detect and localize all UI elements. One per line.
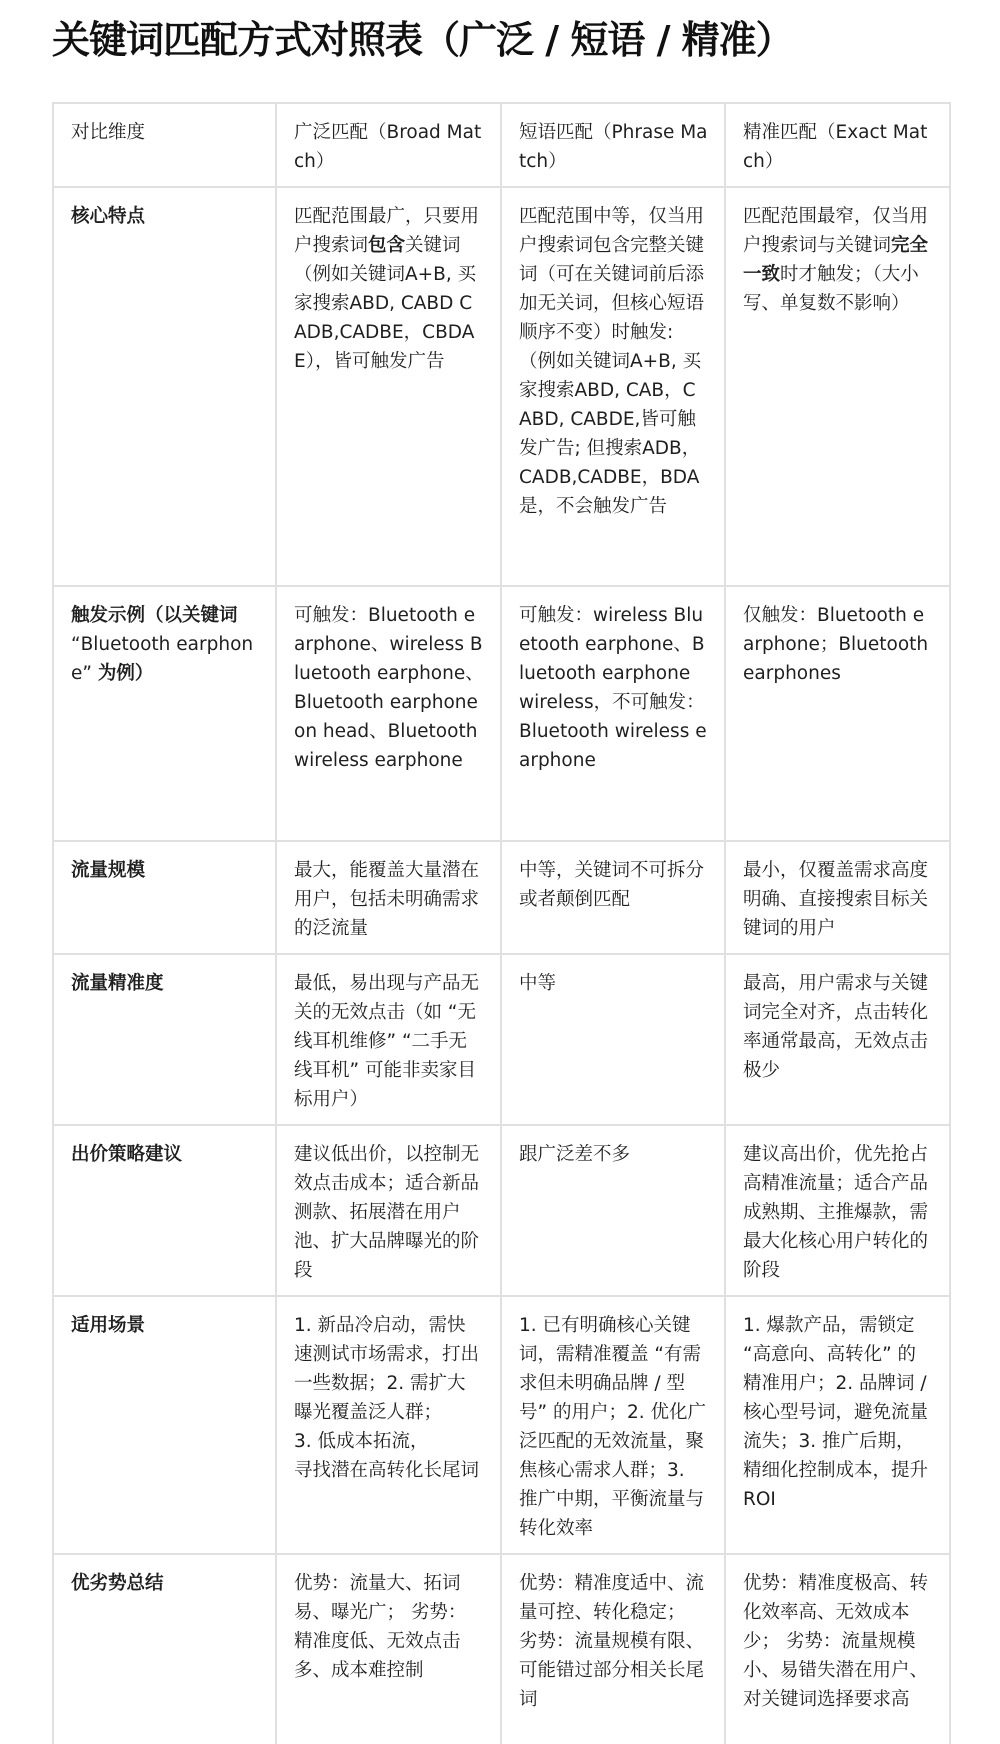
cell-broad: 可触发：Bluetooth earphone、wireless Bluetoot… [276, 586, 501, 841]
table-row-traffic-precision: 流量精准度 最低，易出现与产品无关的无效点击（如 “无线耳机维修” “二手无线耳… [53, 954, 950, 1125]
cell-phrase: 中等，关键词不可拆分或者颠倒匹配 [501, 841, 725, 954]
dimension-label-bold: 为例） [98, 663, 154, 684]
table-row-traffic-scale: 流量规模 最大，能覆盖大量潜在用户，包括未明确需求的泛流量 中等，关键词不可拆分… [53, 841, 950, 954]
cell-exact: 匹配范围最窄，仅当用户搜索词与关键词完全一致时才触发；（大小写、单复数不影响） [725, 187, 950, 586]
row-dimension: 核心特点 [53, 187, 276, 586]
cell-phrase: 可触发：wireless Bluetooth earphone、Bluetoot… [501, 586, 725, 841]
cell-phrase: 中等 [501, 954, 725, 1125]
cell-exact: 最高，用户需求与关键词完全对齐，点击转化率通常最高，无效点击极少 [725, 954, 950, 1125]
page-title: 关键词匹配方式对照表（广泛 / 短语 / 精准） [52, 14, 793, 66]
cell-broad: 优势：流量大、拓词易、曝光广； 劣势：精准度低、无效点击多、成本难控制 [276, 1554, 501, 1744]
cell-exact: 优势：精准度极高、转化效率高、无效成本少； 劣势：流量规模小、易错失潜在用户、对… [725, 1554, 950, 1744]
cell-exact: 1. 爆款产品，需锁定 “高意向、高转化” 的精准用户；2. 品牌词 / 核心型… [725, 1296, 950, 1554]
row-dimension: 出价策略建议 [53, 1125, 276, 1296]
cell-exact: 建议高出价，优先抢占高精准流量；适合产品成熟期、主推爆款，需最大化核心用户转化的… [725, 1125, 950, 1296]
table-row-core-features: 核心特点 匹配范围最广，只要用户搜索词包含关键词（例如关键词A+B, 买家搜索A… [53, 187, 950, 586]
cell-phrase: 优势：精准度适中、流量可控、转化稳定； 劣势：流量规模有限、可能错过部分相关长尾… [501, 1554, 725, 1744]
row-dimension: 流量规模 [53, 841, 276, 954]
cell-broad: 1. 新品冷启动，需快速测试市场需求，打出一些数据；2. 需扩大曝光覆盖泛人群；… [276, 1296, 501, 1554]
cell-exact: 最小，仅覆盖需求高度明确、直接搜索目标关键词的用户 [725, 841, 950, 954]
table-header-row: 对比维度 广泛匹配（Broad Match） 短语匹配（Phrase Match… [53, 103, 950, 187]
header-dimension: 对比维度 [53, 103, 276, 187]
row-dimension: 流量精准度 [53, 954, 276, 1125]
row-dimension: 适用场景 [53, 1296, 276, 1554]
row-dimension: 触发示例（以关键词 “Bluetooth earphone” 为例） [53, 586, 276, 841]
table-row-pros-cons: 优劣势总结 优势：流量大、拓词易、曝光广； 劣势：精准度低、无效点击多、成本难控… [53, 1554, 950, 1744]
header-exact-match: 精准匹配（Exact Match） [725, 103, 950, 187]
table-row-use-cases: 适用场景 1. 新品冷启动，需快速测试市场需求，打出一些数据；2. 需扩大曝光覆… [53, 1296, 950, 1554]
match-type-comparison-table: 对比维度 广泛匹配（Broad Match） 短语匹配（Phrase Match… [52, 102, 951, 1744]
row-dimension: 优劣势总结 [53, 1554, 276, 1744]
cell-exact: 仅触发：Bluetooth earphone；Bluetooth earphon… [725, 586, 950, 841]
header-phrase-match: 短语匹配（Phrase Match） [501, 103, 725, 187]
cell-emphasis: 包含 [368, 235, 405, 256]
cell-phrase: 1. 已有明确核心关键词，需精准覆盖 “有需求但未明确品牌 / 型号” 的用户；… [501, 1296, 725, 1554]
dimension-label-bold: 触发示例（以关键词 [71, 605, 238, 626]
cell-broad: 最大，能覆盖大量潜在用户，包括未明确需求的泛流量 [276, 841, 501, 954]
table-row-bidding-strategy: 出价策略建议 建议低出价，以控制无效点击成本；适合新品测款、拓展潜在用户池、扩大… [53, 1125, 950, 1296]
table-row-trigger-examples: 触发示例（以关键词 “Bluetooth earphone” 为例） 可触发：B… [53, 586, 950, 841]
cell-broad: 匹配范围最广，只要用户搜索词包含关键词（例如关键词A+B, 买家搜索ABD, C… [276, 187, 501, 586]
header-broad-match: 广泛匹配（Broad Match） [276, 103, 501, 187]
cell-phrase: 跟广泛差不多 [501, 1125, 725, 1296]
cell-broad: 建议低出价，以控制无效点击成本；适合新品测款、拓展潜在用户池、扩大品牌曝光的阶段 [276, 1125, 501, 1296]
cell-phrase: 匹配范围中等，仅当用户搜索词包含完整关键词（可在关键词前后添加无关词，但核心短语… [501, 187, 725, 586]
cell-broad: 最低，易出现与产品无关的无效点击（如 “无线耳机维修” “二手无线耳机” 可能非… [276, 954, 501, 1125]
